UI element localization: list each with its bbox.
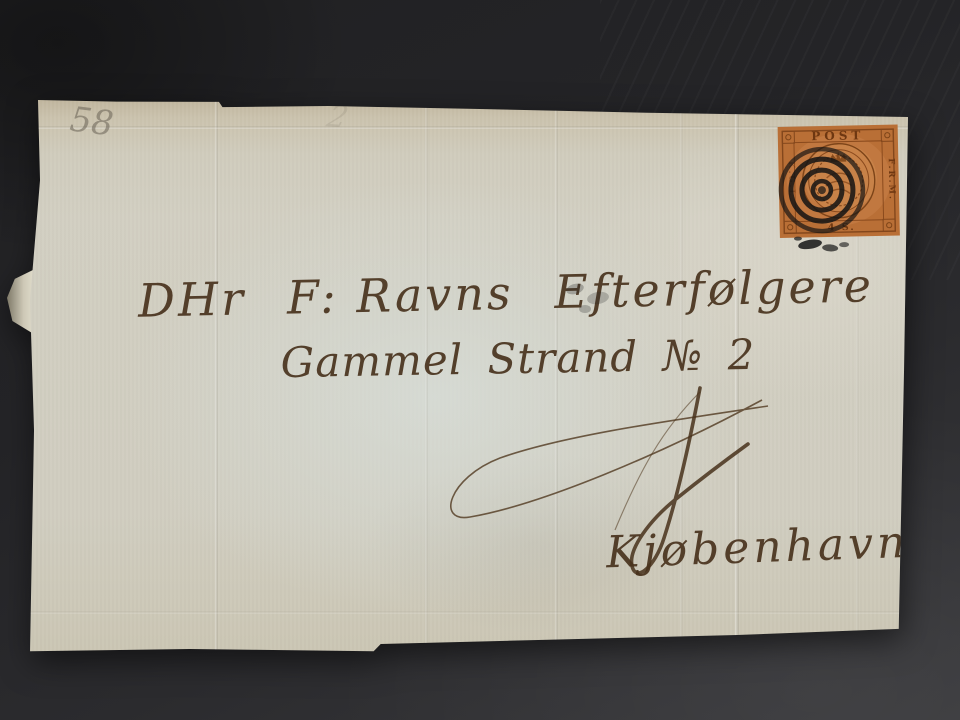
address-name: F: Ravns (286, 266, 514, 325)
letter-cover-photo: 58 2 DHr F: Ravns Efterfølgere Gammel St… (0, 0, 960, 720)
cancel-ink-smudge (794, 236, 849, 253)
folded-letter-envelope: 58 2 DHr F: Ravns Efterfølgere Gammel St… (28, 96, 912, 654)
fold-crease-horizontal (28, 611, 912, 614)
address-city: Kjøbenhavn (605, 517, 917, 579)
stamp-post-inscription: POST (811, 128, 864, 143)
address-line-2: Gammel Strand № 2 (268, 330, 769, 388)
stamp-frm-inscription: F.R.M. (886, 158, 897, 201)
postage-stamp: POST F.R.M. K.G.L. 4 S. (739, 116, 912, 270)
envelope-wrapper: 58 2 DHr F: Ravns Efterfølgere Gammel St… (28, 96, 912, 654)
fold-crease-vertical (215, 96, 218, 654)
address-honorific: DHr (138, 271, 247, 327)
pencil-faint-mark: 2 (323, 100, 352, 136)
pencil-number-note: 58 (68, 100, 116, 145)
